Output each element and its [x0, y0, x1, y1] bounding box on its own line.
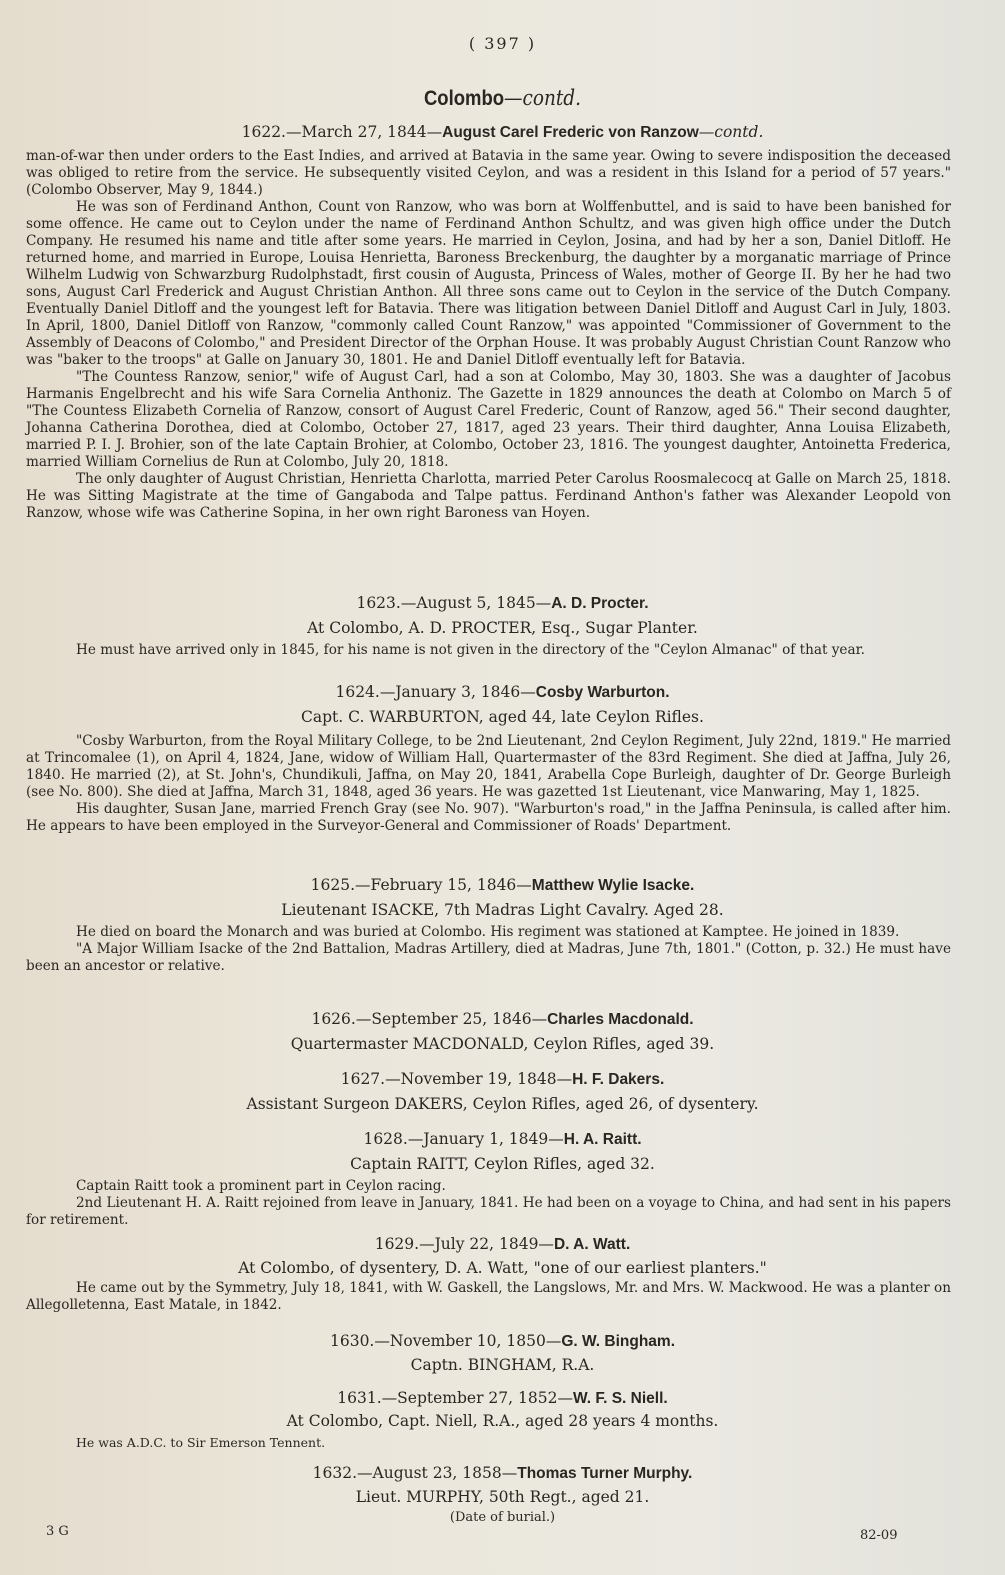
paragraph: The only daughter of August Christian, H… — [26, 471, 951, 522]
entry-heading-1628: 1628.—January 1, 1849—H. A. Raitt. — [0, 1130, 1005, 1149]
entry-heading-1625: 1625.—February 15, 1846—Matthew Wylie Is… — [0, 876, 1005, 895]
entry-heading-1622: 1622.—March 27, 1844—August Carel Freder… — [0, 123, 1005, 142]
page-number: ( 397 ) — [0, 34, 1005, 53]
entry-heading-1627: 1627.—November 19, 1848—H. F. Dakers. — [0, 1070, 1005, 1089]
paragraph: 2nd Lieutenant H. A. Raitt rejoined from… — [26, 1195, 951, 1229]
paragraph: Captain Raitt took a prominent part in C… — [26, 1178, 951, 1195]
paragraph: His daughter, Susan Jane, married French… — [26, 801, 951, 835]
paragraph: He must have arrived only in 1845, for h… — [26, 642, 951, 659]
paragraph: "A Major William Isacke of the 2nd Batta… — [26, 941, 951, 975]
entry-body-1625: He died on board the Monarch and was bur… — [26, 924, 951, 975]
entry-body-1629: He came out by the Symmetry, July 18, 18… — [26, 1280, 951, 1314]
entry-subheading-1626: Quartermaster MACDONALD, Ceylon Rifles, … — [0, 1035, 1005, 1053]
paragraph: He was A.D.C. to Sir Emerson Tennent. — [26, 1434, 951, 1451]
entry-body-1628: Captain Raitt took a prominent part in C… — [26, 1178, 951, 1229]
paragraph: He was son of Ferdinand Anthon, Count vo… — [26, 199, 951, 369]
entry-heading-1631: 1631.—September 27, 1852—W. F. S. Niell. — [0, 1389, 1005, 1408]
entry-subheading-1630: Captn. BINGHAM, R.A. — [0, 1356, 1005, 1374]
entry-body-1624: "Cosby Warburton, from the Royal Militar… — [26, 733, 951, 835]
paragraph: "The Countess Ranzow, senior," wife of A… — [26, 369, 951, 471]
entry-body-1622: man-of-war then under orders to the East… — [26, 148, 951, 522]
entry-subheading-1632: Lieut. MURPHY, 50th Regt., aged 21. — [0, 1488, 1005, 1506]
entry-subheading-1623: At Colombo, A. D. PROCTER, Esq., Sugar P… — [0, 619, 1005, 637]
entry-subheading-1628: Captain RAITT, Ceylon Rifles, aged 32. — [0, 1155, 1005, 1173]
entry-subheading-1629: At Colombo, of dysentery, D. A. Watt, "o… — [0, 1259, 1005, 1277]
entry-heading-1626: 1626.—September 25, 1846—Charles Macdona… — [0, 1010, 1005, 1029]
section-title: Colombo—contd. — [60, 86, 944, 111]
signature-mark: 3 G — [46, 1524, 69, 1539]
burial-note: (Date of burial.) — [0, 1510, 1005, 1525]
document-page: ( 397 ) Colombo—contd. 1622.—March 27, 1… — [0, 0, 1005, 1575]
entry-heading-1624: 1624.—January 3, 1846—Cosby Warburton. — [0, 683, 1005, 702]
paragraph: He came out by the Symmetry, July 18, 18… — [26, 1280, 951, 1314]
entry-body-1623: He must have arrived only in 1845, for h… — [26, 642, 951, 659]
entry-heading-1623: 1623.—August 5, 1845—A. D. Procter. — [0, 594, 1005, 613]
entry-body-1631: He was A.D.C. to Sir Emerson Tennent. — [26, 1434, 951, 1451]
entry-heading-1632: 1632.—August 23, 1858—Thomas Turner Murp… — [0, 1464, 1005, 1483]
paragraph: He died on board the Monarch and was bur… — [26, 924, 951, 941]
entry-heading-1630: 1630.—November 10, 1850—G. W. Bingham. — [0, 1332, 1005, 1351]
entry-subheading-1625: Lieutenant ISACKE, 7th Madras Light Cava… — [0, 901, 1005, 919]
paragraph: man-of-war then under orders to the East… — [26, 148, 951, 199]
entry-heading-1629: 1629.—July 22, 1849—D. A. Watt. — [0, 1235, 1005, 1254]
entry-subheading-1627: Assistant Surgeon DAKERS, Ceylon Rifles,… — [0, 1095, 1005, 1113]
paragraph: "Cosby Warburton, from the Royal Militar… — [26, 733, 951, 801]
entry-subheading-1624: Capt. C. WARBURTON, aged 44, late Ceylon… — [0, 708, 1005, 726]
print-code: 82-09 — [860, 1528, 897, 1543]
entry-subheading-1631: At Colombo, Capt. Niell, R.A., aged 28 y… — [0, 1412, 1005, 1430]
